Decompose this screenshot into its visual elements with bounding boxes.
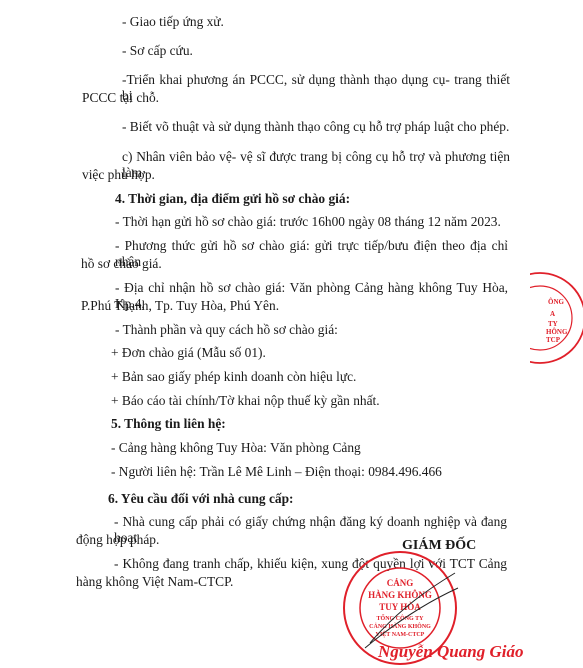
text-line: hồ sơ chào giá.: [81, 256, 162, 272]
svg-text:TY: TY: [548, 320, 558, 328]
list-item: + Báo cáo tài chính/Tờ khai nộp thuế kỳ …: [111, 393, 380, 409]
svg-text:TUY HÒA: TUY HÒA: [379, 602, 421, 612]
svg-text:CẢNG HÀNG KHÔNG: CẢNG HÀNG KHÔNG: [369, 622, 431, 630]
text-line: - Phương thức gửi hồ sơ chào giá: gửi tr…: [115, 238, 508, 270]
text-line: - Sơ cấp cứu.: [122, 43, 193, 59]
text-line: PCCC tại chỗ.: [82, 90, 159, 106]
section-5-heading: 5. Thông tin liên hệ:: [111, 416, 226, 432]
text-line: việc phù hợp.: [82, 167, 155, 183]
list-item: + Bản sao giấy phép kinh doanh còn hiệu …: [111, 369, 356, 385]
list-item: + Đơn chào giá (Mẫu số 01).: [111, 345, 266, 361]
text-line: động hợp pháp.: [76, 532, 159, 548]
text-line: P.Phú Thạnh, Tp. Tuy Hòa, Phú Yên.: [81, 298, 279, 314]
svg-text:ÔNG: ÔNG: [548, 298, 565, 306]
section-4-heading: 4. Thời gian, địa điểm gửi hồ sơ chào gi…: [115, 191, 350, 207]
text-line: - Giao tiếp ứng xử.: [122, 14, 224, 30]
text-line: - Biết võ thuật và sử dụng thành thạo cô…: [122, 119, 509, 135]
svg-text:HÔNG: HÔNG: [546, 328, 568, 336]
section-6-heading: 6. Yêu cầu đối với nhà cung cấp:: [108, 491, 294, 507]
svg-text:TCP: TCP: [546, 336, 561, 344]
text-line: hàng không Việt Nam-CTCP.: [76, 574, 233, 590]
partial-stamp-icon: ÔNG A TY HÔNG TCP: [530, 268, 583, 368]
text-line: - Thành phần và quy cách hồ sơ chào giá:: [115, 322, 338, 338]
text-line: -Triển khai phương án PCCC, sử dụng thàn…: [122, 72, 510, 104]
text-line: c) Nhân viên bảo vệ- vệ sĩ được trang bị…: [122, 149, 510, 181]
svg-text:A: A: [550, 310, 555, 318]
svg-text:CẢNG: CẢNG: [387, 578, 414, 588]
text-line: - Thời hạn gửi hồ sơ chào giá: trước 16h…: [115, 214, 501, 230]
text-line: - Cảng hàng không Tuy Hòa: Văn phòng Cản…: [111, 440, 361, 456]
text-line: - Người liên hệ: Trần Lê Mê Linh – Điện …: [111, 464, 442, 480]
signer-name: Nguyễn Quang Giáo: [378, 642, 523, 662]
